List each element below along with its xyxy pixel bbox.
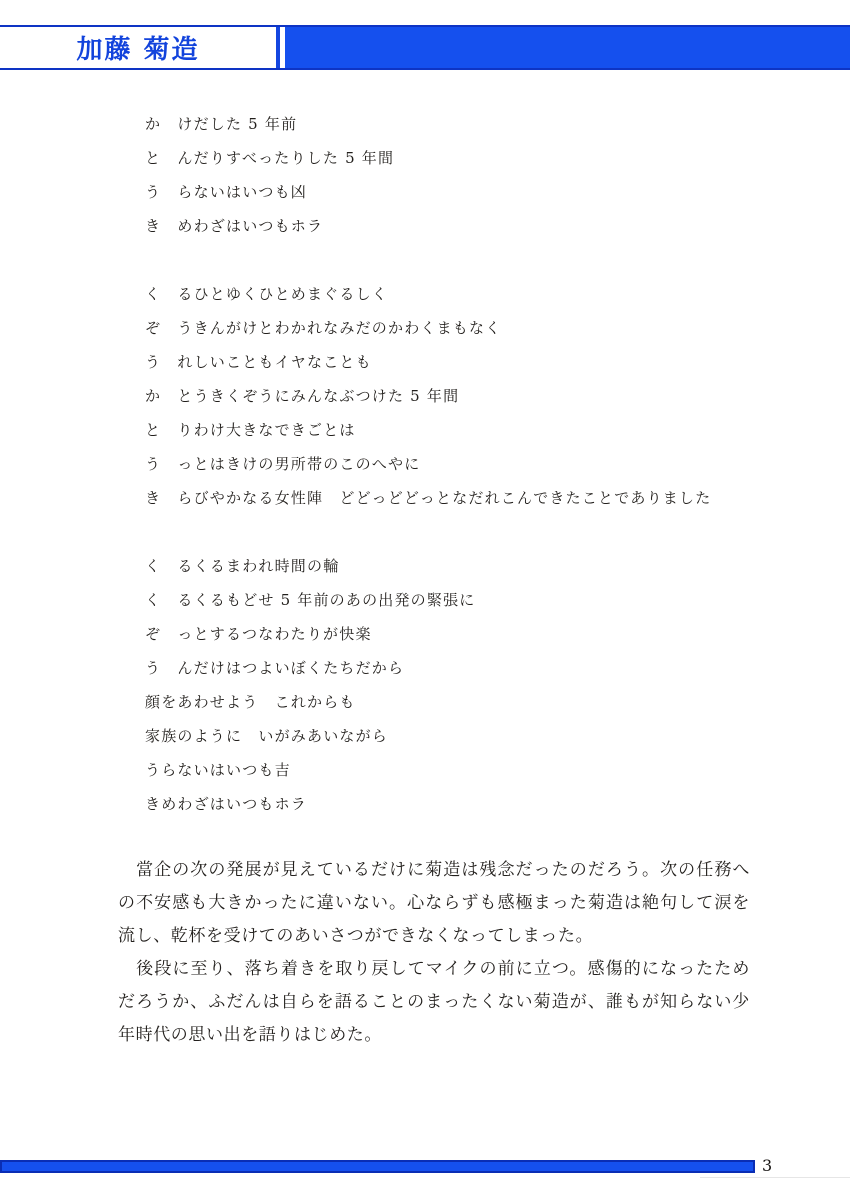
poem-line: く るくるまわれ時間の輪 xyxy=(145,549,711,583)
poem-line: う れしいこともイヤなことも xyxy=(145,345,711,379)
header-blue-band xyxy=(285,27,850,68)
chapter-title: 加藤 菊造 xyxy=(76,29,199,66)
poem-line: き らびやかなる女性陣 どどっどどっとなだれこんできたことでありました xyxy=(145,481,711,515)
prose: 當企の次の発展が見えているだけに菊造は残念だったのだろう。次の任務への不安感も大… xyxy=(118,854,750,1052)
page-number: 3 xyxy=(762,1156,772,1175)
poem: か けだした 5 年前と んだりすべったりした 5 年間う らないはいつも凶き … xyxy=(145,107,711,821)
prose-paragraph: 後段に至り、落ち着きを取り戻してマイクの前に立つ。感傷的になったためだろうか、ふ… xyxy=(118,953,750,1052)
poem-line: う っとはきけの男所帯のこのへやに xyxy=(145,447,711,481)
poem-line: う んだけはつよいぼくたちだから xyxy=(145,651,711,685)
poem-line: か けだした 5 年前 xyxy=(145,107,711,141)
document-page: 加藤 菊造 か けだした 5 年前と んだりすべったりした 5 年間う らないは… xyxy=(0,0,850,1202)
poem-line: く るくるもどせ 5 年前のあの出発の緊張に xyxy=(145,583,711,617)
poem-line: う らないはいつも凶 xyxy=(145,175,711,209)
chapter-title-box: 加藤 菊造 xyxy=(0,27,280,68)
poem-line: 顔をあわせよう これからも xyxy=(145,685,711,719)
poem-stanza: か けだした 5 年前と んだりすべったりした 5 年間う らないはいつも凶き … xyxy=(145,107,711,243)
prose-paragraph: 當企の次の発展が見えているだけに菊造は残念だったのだろう。次の任務への不安感も大… xyxy=(118,854,750,953)
poem-line: く るひとゆくひとめまぐるしく xyxy=(145,277,711,311)
poem-line: 家族のように いがみあいながら xyxy=(145,719,711,753)
poem-line: うらないはいつも吉 xyxy=(145,753,711,787)
poem-line: か とうきくぞうにみんなぶつけた 5 年間 xyxy=(145,379,711,413)
poem-stanza: く るひとゆくひとめまぐるしくぞ うきんがけとわかれなみだのかわくまもなくう れ… xyxy=(145,277,711,515)
poem-line: と りわけ大きなできごとは xyxy=(145,413,711,447)
poem-line: ぞ うきんがけとわかれなみだのかわくまもなく xyxy=(145,311,711,345)
chapter-header: 加藤 菊造 xyxy=(0,25,850,70)
poem-stanza: く るくるまわれ時間の輪く るくるもどせ 5 年前のあの出発の緊張にぞ っとする… xyxy=(145,549,711,821)
poem-line: き めわざはいつもホラ xyxy=(145,209,711,243)
poem-line: と んだりすべったりした 5 年間 xyxy=(145,141,711,175)
poem-line: ぞ っとするつなわたりが快楽 xyxy=(145,617,711,651)
poem-line: きめわざはいつもホラ xyxy=(145,787,711,821)
footer-rule xyxy=(700,1177,850,1178)
footer-bar xyxy=(0,1160,755,1173)
